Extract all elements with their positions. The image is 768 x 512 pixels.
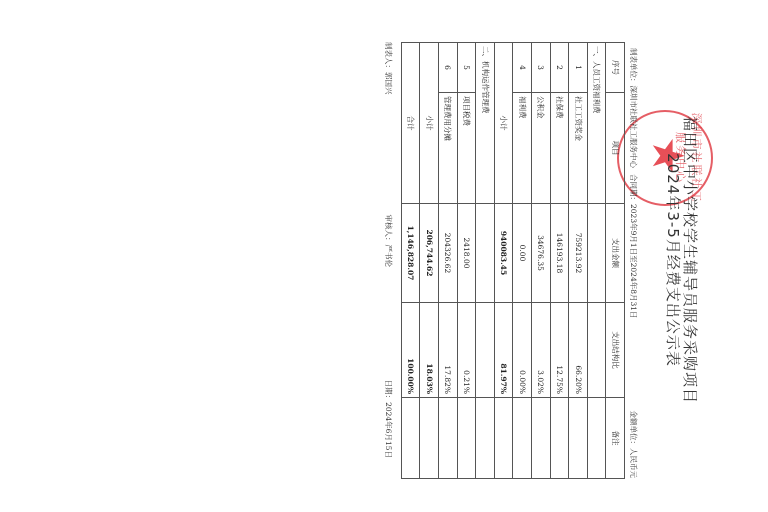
row-item: 管理费用分摊 bbox=[439, 93, 458, 204]
row-ratio: 81.97% bbox=[494, 303, 513, 398]
row-no: 3 bbox=[532, 43, 551, 93]
expense-table: 序号 项目 支出金额 支出结构比 备注 一、人员工资福利费1社工工资奖金7592… bbox=[401, 42, 625, 479]
row-no: 1 bbox=[569, 43, 588, 93]
row-note bbox=[457, 398, 476, 479]
row-amount bbox=[476, 204, 495, 303]
table-row: 4福利费0.000.00% bbox=[513, 43, 532, 479]
row-item: 福利费 bbox=[513, 93, 532, 204]
table-row: 小计206,744.6218.03% bbox=[420, 43, 439, 479]
row-ratio: 100.00% bbox=[401, 303, 420, 398]
row-item: 项目税费 bbox=[457, 93, 476, 204]
prepared-by-unit: 制表单位：深圳市社联社工服务中心 bbox=[628, 48, 639, 168]
row-note bbox=[401, 398, 420, 479]
contract-period: 合同期：2023年9月1日至2024年8月31日 bbox=[628, 174, 639, 319]
row-ratio bbox=[476, 303, 495, 398]
row-no: 4 bbox=[513, 43, 532, 93]
table-row: 5项目税费2418.000.21% bbox=[457, 43, 476, 479]
row-note bbox=[532, 398, 551, 479]
subtotal-label: 小计 bbox=[420, 43, 439, 204]
table-row: 一、人员工资福利费 bbox=[587, 43, 606, 479]
header-note: 备注 bbox=[606, 398, 625, 479]
row-amount: 759213.92 bbox=[569, 204, 588, 303]
document-subtitle: 2024年3-5月经费支出公示表 bbox=[663, 40, 684, 480]
row-ratio: 18.03% bbox=[420, 303, 439, 398]
header-ratio: 支出结构比 bbox=[606, 303, 625, 398]
section-label: 一、人员工资福利费 bbox=[587, 43, 606, 204]
preparer: 制表人：郭国兴 bbox=[383, 42, 394, 95]
row-ratio: 12.75% bbox=[550, 303, 569, 398]
header-item: 项目 bbox=[606, 93, 625, 204]
table-body: 一、人员工资福利费1社工工资奖金759213.9266.20%2社保费14619… bbox=[401, 43, 606, 479]
header-no: 序号 bbox=[606, 43, 625, 93]
total-label: 合计 bbox=[401, 43, 420, 204]
table-row: 2社保费146193.1812.75% bbox=[550, 43, 569, 479]
section-label: 二、机构运作管理费 bbox=[476, 43, 495, 204]
row-item: 社保费 bbox=[550, 93, 569, 204]
row-note bbox=[476, 398, 495, 479]
row-note bbox=[513, 398, 532, 479]
subtotal-label: 小计 bbox=[494, 43, 513, 204]
table-row: 合计1,146,828.07100.00% bbox=[401, 43, 420, 479]
row-amount: 940083.45 bbox=[494, 204, 513, 303]
row-amount: 1,146,828.07 bbox=[401, 204, 420, 303]
row-amount: 204326.62 bbox=[439, 204, 458, 303]
document-footer: 制表人：郭国兴 审核人：严书伦 日期：2024年6月15日 bbox=[383, 42, 394, 478]
row-amount: 2418.00 bbox=[457, 204, 476, 303]
rotated-document-page: 深圳市社联社工服务中心 ★ 福田区中小学校学生辅导员服务采购项目 2024年3-… bbox=[365, 40, 705, 480]
currency-unit: 金额单位：人民币元 bbox=[628, 411, 639, 479]
row-note bbox=[550, 398, 569, 479]
table-row: 小计940083.4581.97% bbox=[494, 43, 513, 479]
row-no: 5 bbox=[457, 43, 476, 93]
row-amount bbox=[587, 204, 606, 303]
row-amount: 206,744.62 bbox=[420, 204, 439, 303]
row-ratio: 3.02% bbox=[532, 303, 551, 398]
reviewer: 审核人：严书伦 bbox=[383, 215, 394, 268]
row-amount: 0.00 bbox=[513, 204, 532, 303]
row-ratio: 0.00% bbox=[513, 303, 532, 398]
row-no: 2 bbox=[550, 43, 569, 93]
row-item: 公积金 bbox=[532, 93, 551, 204]
row-note bbox=[420, 398, 439, 479]
row-ratio: 17.82% bbox=[439, 303, 458, 398]
table-row: 6管理费用分摊204326.6217.82% bbox=[439, 43, 458, 479]
table-row: 二、机构运作管理费 bbox=[476, 43, 495, 479]
row-note bbox=[494, 398, 513, 479]
row-amount: 34676.35 bbox=[532, 204, 551, 303]
table-row: 1社工工资奖金759213.9266.20% bbox=[569, 43, 588, 479]
row-amount: 146193.18 bbox=[550, 204, 569, 303]
table-header-row: 序号 项目 支出金额 支出结构比 备注 bbox=[606, 43, 625, 479]
row-no: 6 bbox=[439, 43, 458, 93]
row-item: 社工工资奖金 bbox=[569, 93, 588, 204]
row-note bbox=[587, 398, 606, 479]
row-note bbox=[439, 398, 458, 479]
row-ratio bbox=[587, 303, 606, 398]
row-ratio: 0.21% bbox=[457, 303, 476, 398]
document-date: 日期：2024年6月15日 bbox=[383, 380, 394, 458]
row-ratio: 66.20% bbox=[569, 303, 588, 398]
table-row: 3公积金34676.353.02% bbox=[532, 43, 551, 479]
document-info-line: 制表单位：深圳市社联社工服务中心 合同期：2023年9月1日至2024年8月31… bbox=[628, 42, 639, 478]
row-note bbox=[569, 398, 588, 479]
header-amount: 支出金额 bbox=[606, 204, 625, 303]
